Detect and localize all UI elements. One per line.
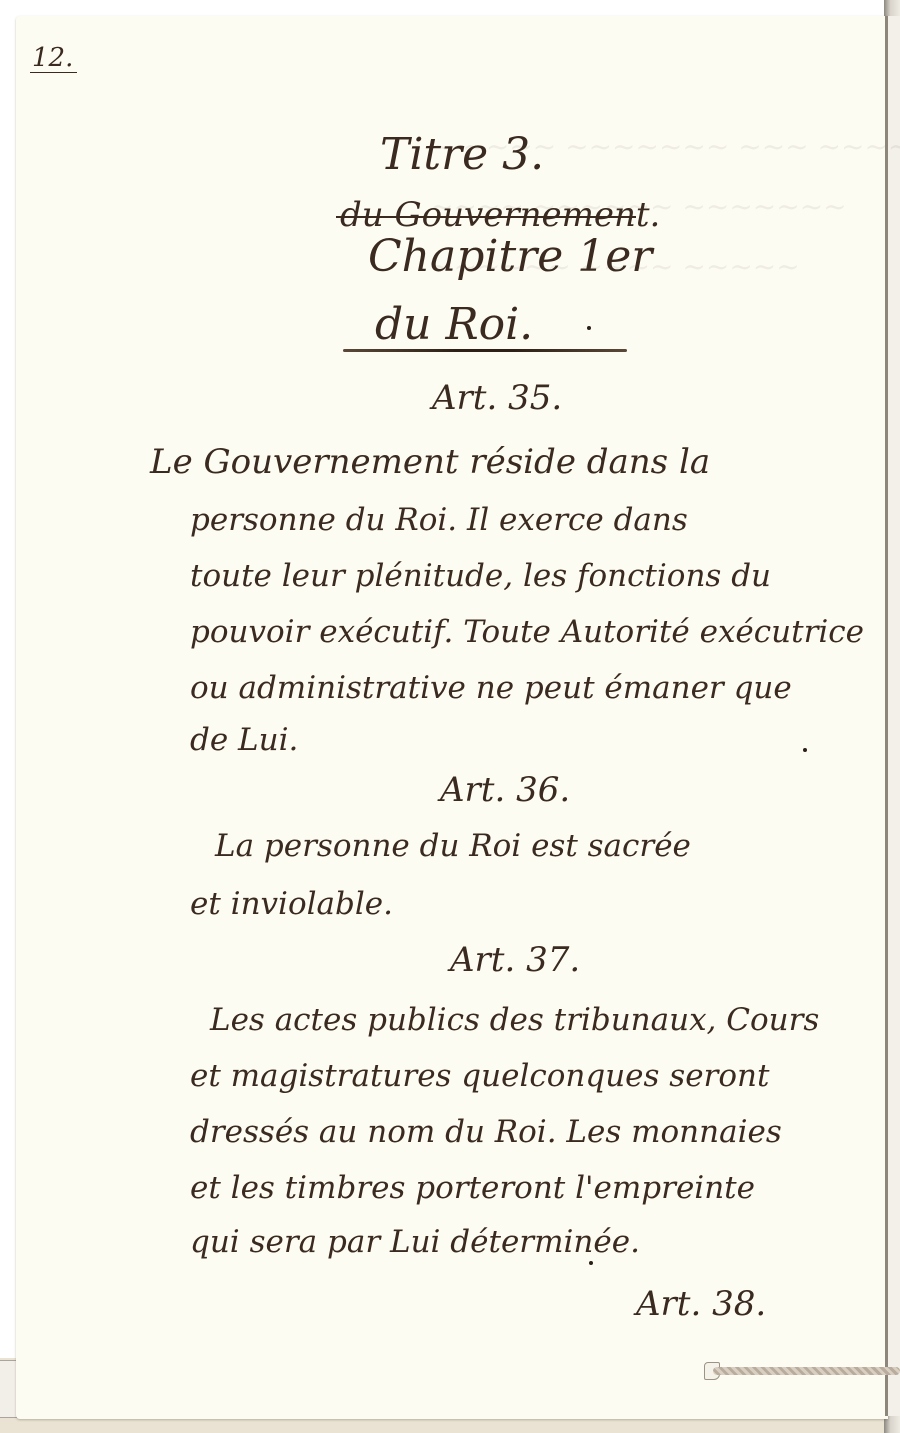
article-line: ou administrative ne peut émaner que [190, 668, 792, 708]
section-divider [343, 349, 627, 352]
article-line: de Lui. [190, 720, 298, 760]
next-page-edge [888, 16, 900, 1416]
binding-cord [713, 1367, 900, 1375]
article-line: La personne du Roi est sacrée [215, 826, 691, 866]
article-line: personne du Roi. Il exerce dans [190, 500, 688, 540]
chapter-heading: Chapitre 1er [368, 232, 652, 282]
article-line: et magistratures quelconques seront [190, 1056, 769, 1096]
ink-dot [587, 326, 591, 330]
article-heading: Art. 37. [450, 940, 580, 980]
ink-dot [803, 748, 807, 752]
article-line: pouvoir exécutif. Toute Autorité exécutr… [190, 612, 864, 652]
article-heading: Art. 35. [432, 378, 562, 418]
article-line: et les timbres porteront l'empreinte [190, 1168, 755, 1208]
article-line: dressés au nom du Roi. Les monnaies [190, 1112, 782, 1152]
ink-dot [589, 1261, 593, 1265]
article-heading: Art. 36. [440, 770, 570, 810]
subtitle-underline [336, 216, 636, 218]
article-line: qui sera par Lui déterminée. [190, 1222, 640, 1262]
article-line: Le Gouvernement réside dans la [150, 442, 710, 482]
article-heading: Art. 38. [636, 1284, 766, 1324]
page-number: 12. [30, 44, 77, 73]
article-line: Les actes publics des tribunaux, Cours [210, 1000, 819, 1040]
title-heading: Titre 3. [380, 130, 544, 180]
section-heading: du Roi. [375, 300, 533, 350]
article-line: toute leur plénitude, les fonctions du [190, 556, 771, 596]
article-line: et inviolable. [190, 884, 393, 924]
